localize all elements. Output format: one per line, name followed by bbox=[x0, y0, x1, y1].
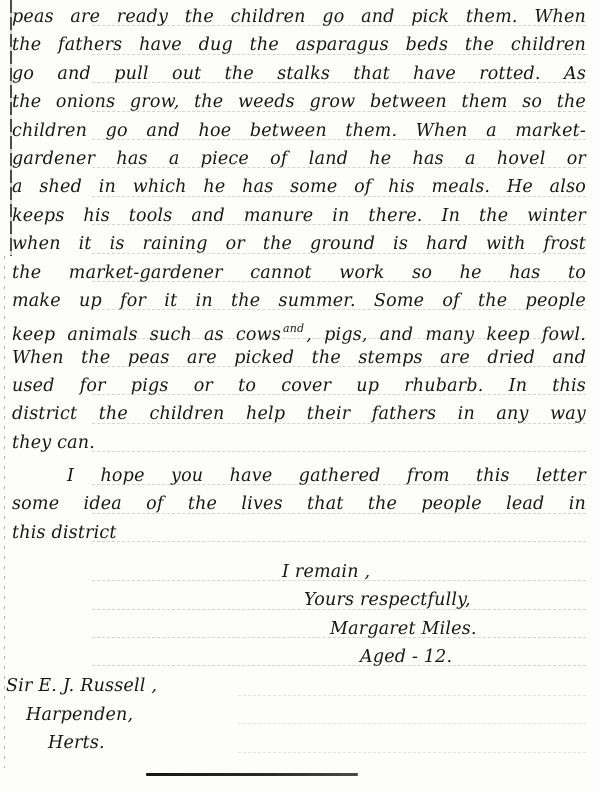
handwriting-line: some idea of the lives that the people l… bbox=[12, 490, 586, 518]
handwriting-line: gardener has a piece of land he has a ho… bbox=[12, 145, 586, 173]
handwriting-line: go and pull out the stalks that have rot… bbox=[12, 60, 586, 88]
handwriting-line: district the children help their fathers… bbox=[12, 400, 586, 428]
handwriting-line: make up for it in the summer. Some of th… bbox=[12, 287, 586, 315]
handwriting-line: this district bbox=[12, 519, 586, 547]
letter-page: peas are ready the children go and pick … bbox=[0, 0, 600, 792]
handwriting-line: the market-gardener cannot work so he ha… bbox=[12, 259, 586, 287]
address-line: Sir E. J. Russell , bbox=[6, 672, 586, 701]
inserted-word-above-line: and bbox=[283, 315, 304, 343]
handwriting-line: used for pigs or to cover up rhubarb. In… bbox=[12, 372, 586, 400]
insertion-pre-text: keep animals such as cows bbox=[12, 325, 281, 345]
signature-line: Margaret Miles. bbox=[12, 615, 586, 643]
letter-body-paragraph-2: I hope you have gathered from this lette… bbox=[12, 462, 586, 547]
closing-line: Yours respectfully, bbox=[12, 586, 586, 614]
handwriting-line-with-insertion: keep animals such as cowsand, pigs, and … bbox=[12, 315, 586, 343]
handwriting-line: the onions grow, the weeds grow between … bbox=[12, 88, 586, 116]
handwriting-line: they can. bbox=[12, 429, 586, 457]
handwriting-line: I hope you have gathered from this lette… bbox=[12, 462, 586, 490]
handwriting-line: the fathers have dug the asparagus beds … bbox=[12, 31, 586, 59]
letter-closing-block: I remain , Yours respectfully, Margaret … bbox=[12, 558, 586, 671]
handwriting-line: When the peas are picked the stemps are … bbox=[12, 344, 586, 372]
address-line: Harpenden, bbox=[6, 701, 586, 730]
end-of-letter-rule bbox=[146, 773, 358, 776]
letter-body-paragraph-1: peas are ready the children go and pick … bbox=[12, 3, 586, 457]
age-line: Aged - 12. bbox=[12, 643, 586, 671]
left-margin-dotted-line bbox=[4, 256, 5, 768]
insertion-post-text: , pigs, and many keep fowl. bbox=[306, 325, 586, 345]
handwriting-line: children go and hoe between them. When a… bbox=[12, 117, 586, 145]
handwriting-line: a shed in which he has some of his meals… bbox=[12, 173, 586, 201]
handwriting-line: peas are ready the children go and pick … bbox=[12, 3, 586, 31]
closing-line: I remain , bbox=[12, 558, 586, 586]
address-line: Herts. bbox=[6, 729, 586, 758]
recipient-address-block: Sir E. J. Russell , Harpenden, Herts. bbox=[6, 672, 586, 758]
handwriting-line: keeps his tools and manure in there. In … bbox=[12, 202, 586, 230]
handwriting-line: when it is raining or the ground is hard… bbox=[12, 230, 586, 258]
